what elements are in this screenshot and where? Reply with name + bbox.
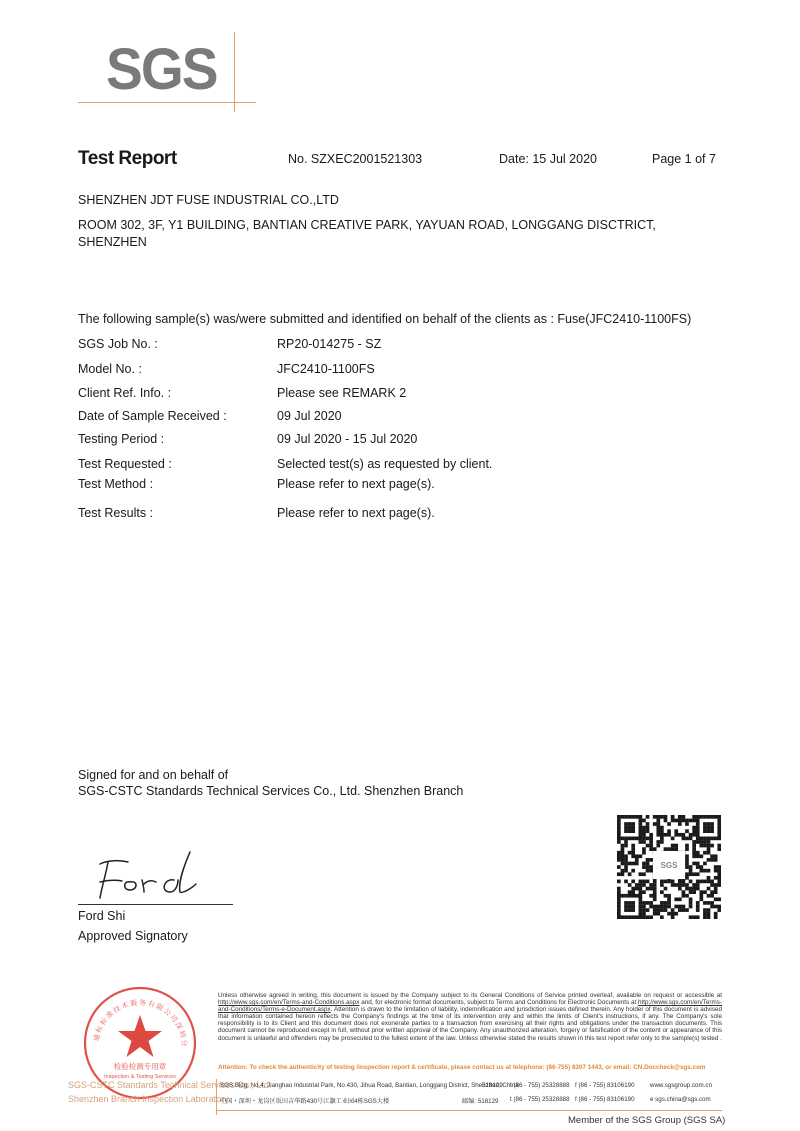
report-number: No. SZXEC2001521303: [288, 152, 422, 166]
footer-email[interactable]: e sgs.china@sgs.com: [650, 1096, 711, 1103]
signature-line: [78, 904, 233, 905]
field-value-test-method: Please refer to next page(s).: [277, 477, 435, 491]
field-value-job-no: RP20-014275 - SZ: [277, 337, 381, 351]
footer-horizontal-rule: [216, 1110, 722, 1111]
logo-horizontal-rule: [78, 102, 256, 103]
field-label-test-requested: Test Requested :: [78, 457, 172, 471]
svg-text:检验检测专用章: 检验检测专用章: [114, 1061, 167, 1071]
terms-link[interactable]: http://www.sgs.com/en/Terms-and-Conditio…: [218, 999, 359, 1006]
signer-title: Approved Signatory: [78, 929, 188, 943]
sgs-logo: SGS: [78, 32, 258, 112]
footer-address-en-text: SGS Bldg, No.4, Jianghao Industrial Park…: [220, 1082, 519, 1089]
field-value-client-ref: Please see REMARK 2: [277, 386, 406, 400]
footer-postcode-en: 518129: [482, 1082, 503, 1089]
signed-line-1: Signed for and on behalf of: [78, 767, 463, 783]
field-label-test-method: Test Method :: [78, 477, 153, 491]
footer-fax-en: f (86 - 755) 83106190: [575, 1082, 635, 1089]
footer-tel-en: t (86 - 755) 25328888: [510, 1082, 570, 1089]
report-date: Date: 15 Jul 2020: [499, 152, 597, 166]
field-label-model-no: Model No. :: [78, 362, 142, 376]
field-label-client-ref: Client Ref. Info. :: [78, 386, 171, 400]
disclaimer-text-2: and, for electronic format documents, su…: [359, 999, 638, 1006]
handwritten-signature: [78, 838, 233, 908]
field-value-test-results: Please refer to next page(s).: [277, 506, 435, 520]
sample-intro: The following sample(s) was/were submitt…: [78, 312, 691, 326]
field-label-date-received: Date of Sample Received :: [78, 409, 227, 423]
logo-vertical-rule: [234, 32, 235, 112]
footer-website[interactable]: www.sgsgroup.com.cn: [650, 1082, 712, 1089]
client-company: SHENZHEN JDT FUSE INDUSTRIAL CO.,LTD: [78, 193, 339, 207]
report-title: Test Report: [78, 148, 177, 170]
footer-tel-cn: t (86 - 755) 25328888: [510, 1096, 570, 1103]
sgs-group-membership: Member of the SGS Group (SGS SA): [568, 1115, 725, 1126]
footer-fax-cn: f (86 - 755) 83106190: [575, 1096, 635, 1103]
field-value-model-no: JFC2410-1100FS: [277, 362, 375, 376]
authenticity-attention: Attention: To check the authenticity of …: [218, 1064, 722, 1071]
qr-code[interactable]: SGS: [617, 815, 721, 919]
signed-on-behalf: Signed for and on behalf of SGS-CSTC Sta…: [78, 767, 463, 799]
field-value-test-requested: Selected test(s) as requested by client.: [277, 457, 492, 471]
sgs-logo-text: SGS: [106, 38, 217, 102]
disclaimer-text-1: Unless otherwise agreed in writing, this…: [218, 992, 722, 999]
signer-name: Ford Shi: [78, 909, 125, 923]
field-label-test-results: Test Results :: [78, 506, 153, 520]
footer-address-cn-text: 中国・深圳・龙岗区坂田吉华路430号江灏工业园4栋SGS大楼: [220, 1096, 389, 1105]
footer-postcode-cn: 邮编: 518129: [462, 1096, 498, 1105]
field-label-job-no: SGS Job No. :: [78, 337, 158, 351]
qr-center-logo: SGS: [653, 851, 685, 879]
client-address: ROOM 302, 3F, Y1 BUILDING, BANTIAN CREAT…: [78, 217, 718, 251]
stamp-caption-line-2: Shenzhen Branch Inspection Laboratory: [68, 1094, 229, 1104]
field-label-testing-period: Testing Period :: [78, 432, 164, 446]
page-indicator: Page 1 of 7: [652, 152, 716, 166]
field-value-testing-period: 09 Jul 2020 - 15 Jul 2020: [277, 432, 417, 446]
signed-line-2: SGS-CSTC Standards Technical Services Co…: [78, 783, 463, 799]
field-value-date-received: 09 Jul 2020: [277, 409, 342, 423]
legal-disclaimer: Unless otherwise agreed in writing, this…: [218, 992, 722, 1042]
